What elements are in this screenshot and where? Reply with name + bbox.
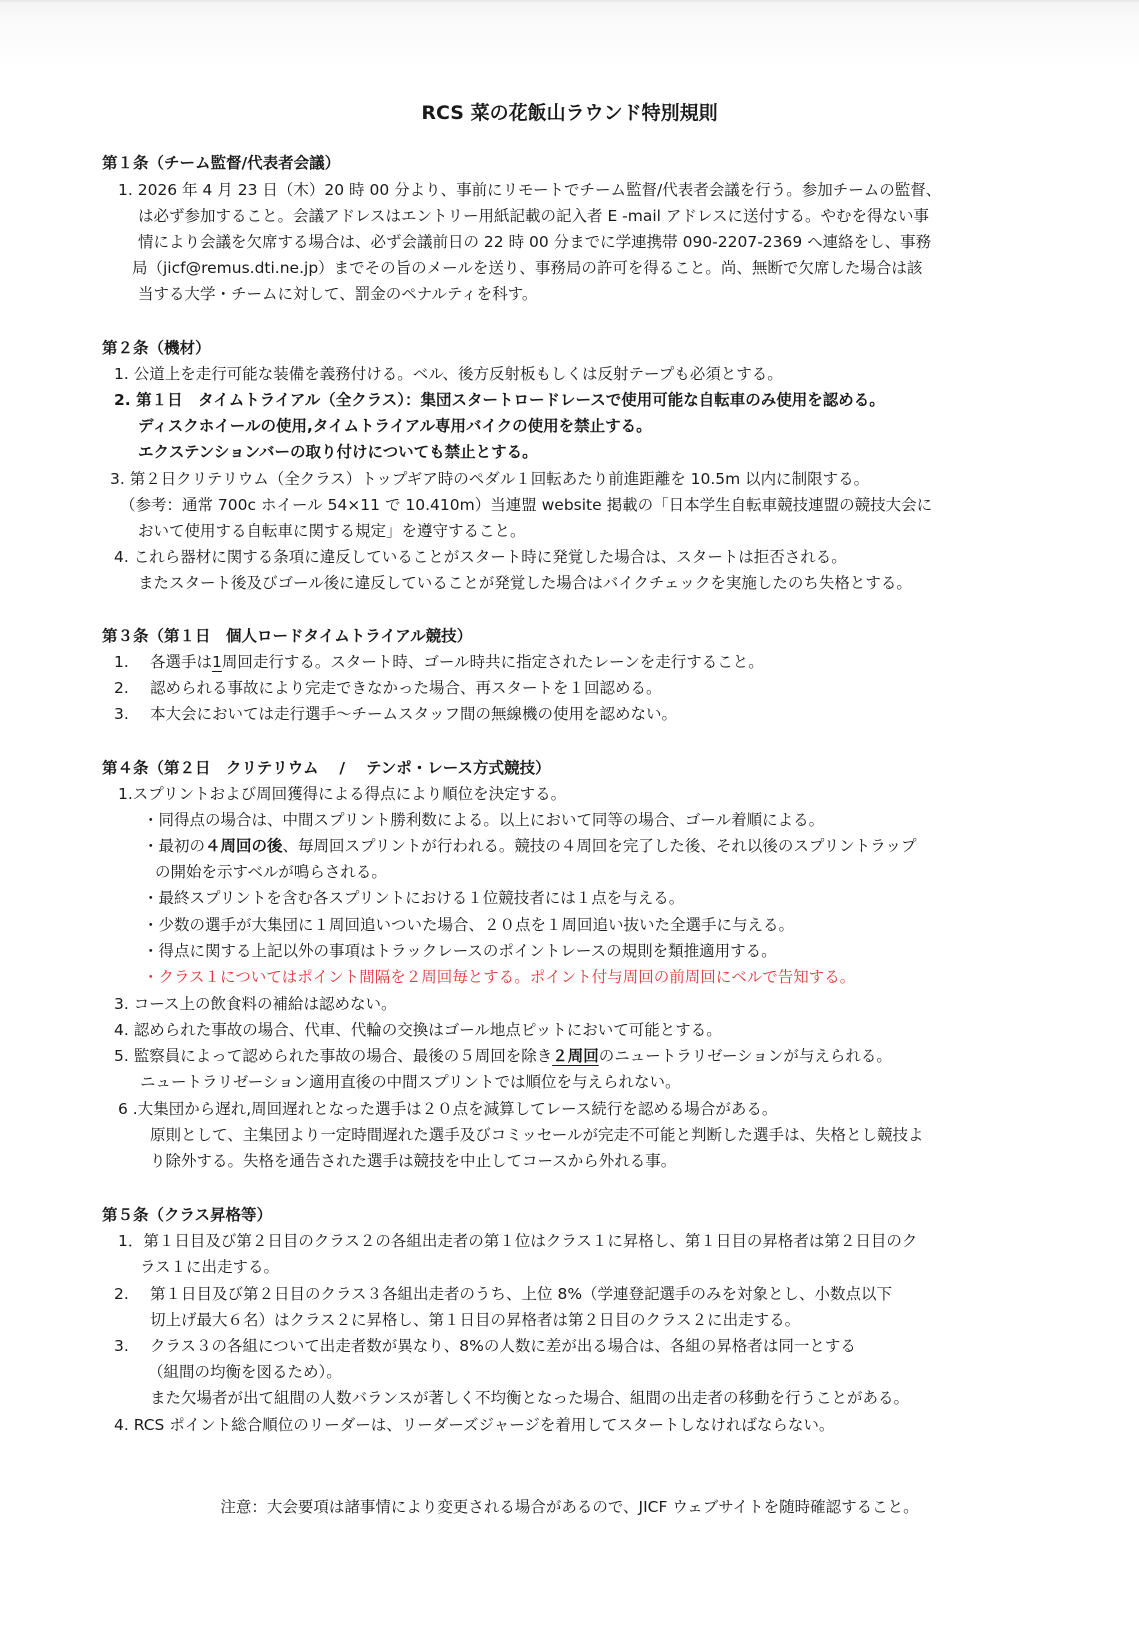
article-1-line: は必ず参加すること。会議アドレスはエントリー用紙記載の記入者 E -mail ア… bbox=[138, 206, 929, 226]
article-1-heading: 第１条（チーム監督/代表者会議） bbox=[102, 153, 340, 173]
article-4-bullet: ・得点に関する上記以外の事項はトラックレースのポイントレースの規則を類推適用する… bbox=[143, 941, 777, 961]
article-2-line: またスタート後及びゴール後に違反していることが発覚した場合はバイクチェックを実施… bbox=[138, 573, 912, 593]
article-2-line: （参考：通常 700c ホイール 54×11 で 10.410m）当連盟 web… bbox=[120, 495, 932, 515]
article-4-heading: 第４条（第２日 クリテリウム / テンポ・レース方式競技） bbox=[102, 758, 550, 778]
article-2-line: 2. 第１日 タイムトライアル（全クラス）：集団スタートロードレースで使用可能な… bbox=[114, 390, 885, 410]
article-5-line: 1．第１日目及び第２日目のクラス２の各組出走者の第１位はクラス１に昇格し、第１日… bbox=[118, 1231, 917, 1251]
article-2-line: おいて使用する自転車に関する規定」を遵守すること。 bbox=[138, 521, 526, 541]
article-4-line: 6 .大集団から遅れ,周回遅れとなった選手は２０点を減算してレース続行を認める場… bbox=[118, 1099, 777, 1119]
article-3-item-3: 本大会においては走行選手～チームスタッフ間の無線機の使用を認めない。 bbox=[150, 704, 677, 724]
article-5-heading: 第５条（クラス昇格等） bbox=[102, 1205, 272, 1225]
article-5-line: また欠場者が出て組間の人数バランスが著しく不均衡となった場合、組間の出走者の移動… bbox=[150, 1388, 909, 1408]
article-1-line: 情により会議を欠席する場合は、必ず会議前日の 22 時 00 分までに学連携帯 … bbox=[138, 232, 931, 252]
article-2-line: エクステンションバーの取り付けについても禁止とする。 bbox=[138, 442, 538, 462]
article-5-line: クラス３の各組について出走者数が異なり、8%の人数に差が出る場合は、各組の昇格者… bbox=[150, 1336, 856, 1356]
article-3-item-2: 認められる事故により完走できなかった場合、再スタートを１回認める。 bbox=[150, 678, 662, 698]
article-4-line: 1.スプリントおよび周回獲得による得点により順位を決定する。 bbox=[118, 784, 566, 804]
text-span: のニュートラリゼーションが与えられる。 bbox=[599, 1047, 892, 1065]
text-span: ・最初の bbox=[143, 837, 205, 855]
article-5-line: 切上げ最大６名）はクラス２に昇格し、第１日目の昇格者は第２日目のクラス２に出走す… bbox=[150, 1310, 800, 1330]
article-1-line: 局（jicf@remus.dti.ne.jp）までその旨のメールを送り、事務局の… bbox=[132, 258, 922, 278]
article-5-item-number: 2. bbox=[114, 1284, 129, 1304]
top-shadow bbox=[0, 0, 1139, 70]
article-4-line: 5. 監察員によって認められた事故の場合、最後の５周回を除き２周回のニュートラリ… bbox=[114, 1046, 892, 1066]
article-4-line: 原則として、主集団より一定時間遅れた選手及びコミッセールが完走不可能と判断した選… bbox=[150, 1125, 923, 1145]
article-5-line: （組間の均衡を図るため）。 bbox=[148, 1362, 342, 1382]
article-4-line: ニュートラリゼーション適用直後の中間スプリントでは順位を与えられない。 bbox=[140, 1072, 681, 1092]
article-5-line: 4. RCS ポイント総合順位のリーダーは、リーダーズジャージを着用してスタート… bbox=[114, 1415, 834, 1435]
article-4-line: り除外する。失格を通告された選手は競技を中止してコースから外れる事。 bbox=[150, 1151, 676, 1171]
document-title: RCS 菜の花飯山ラウンド特別規則 bbox=[0, 98, 1139, 125]
article-3-item-1: 各選手は1周回走行する。スタート時、ゴール時共に指定されたレーンを走行すること。 bbox=[150, 652, 764, 672]
text-span: 、毎周回スプリントが行われる。競技の４周回を完了した後、それ以後のスプリントラッ… bbox=[283, 837, 917, 855]
article-3-item-number: 3. bbox=[114, 704, 129, 724]
article-2-line: ディスクホイールの使用,タイムトライアル専用バイクの使用を禁止する。 bbox=[138, 416, 652, 436]
article-4-bullet: ・同得点の場合は、中間スプリント勝利数による。以上において同等の場合、ゴール着順… bbox=[143, 810, 824, 830]
text-span: 5. 監察員によって認められた事故の場合、最後の５周回を除き bbox=[114, 1047, 552, 1065]
article-4-bullet: ・最終スプリントを含む各スプリントにおける１位競技者には１点を与える。 bbox=[143, 888, 684, 908]
bold-underlined-span: ２周回 bbox=[552, 1047, 599, 1065]
article-4-red-bullet: ・クラス１についてはポイント間隔を２周回毎とする。ポイント付与周回の前周回にベル… bbox=[143, 967, 855, 987]
article-4-bullet: ・最初の４周回の後、毎周回スプリントが行われる。競技の４周回を完了した後、それ以… bbox=[143, 836, 916, 856]
article-4-line: の開始を示すベルが鳴らされる。 bbox=[155, 862, 387, 882]
article-4-line: 4. 認められた事故の場合、代車、代輪の交換はゴール地点ピットにおいて可能とする… bbox=[114, 1020, 722, 1040]
article-2-line: 1. 公道上を走行可能な装備を義務付ける。ベル、後方反射板もしくは反射テープも必… bbox=[114, 364, 783, 384]
text-span: 各選手は bbox=[150, 653, 212, 671]
underlined-lap-count: 1 bbox=[212, 653, 222, 671]
article-2-line: 4. これら器材に関する条項に違反していることがスタート時に発覚した場合は、スタ… bbox=[114, 547, 847, 567]
article-5-line: ラス１に出走する。 bbox=[140, 1257, 279, 1277]
article-4-line: 3. コース上の飲食料の補給は認めない。 bbox=[114, 994, 396, 1014]
article-3-item-number: 2. bbox=[114, 678, 129, 698]
article-2-line: 3. 第２日クリテリウム（全クラス）トップギア時のペダル１回転あたり前進距離を … bbox=[110, 469, 869, 489]
article-3-item-number: 1. bbox=[114, 652, 129, 672]
footer-note: 注意：大会要項は諸事情により変更される場合があるので、JICF ウェブサイトを随… bbox=[0, 1495, 1139, 1517]
article-1-line: 1. 2026 年 4 月 23 日（木）20 時 00 分より、事前にリモート… bbox=[118, 180, 941, 200]
article-5-item-number: 3. bbox=[114, 1336, 129, 1356]
article-3-heading: 第３条（第１日 個人ロードタイムトライアル競技） bbox=[102, 626, 472, 646]
article-1-line: 当する大学・チームに対して、罰金のペナルティを科す。 bbox=[138, 284, 537, 304]
text-span: 周回走行する。スタート時、ゴール時共に指定されたレーンを走行すること。 bbox=[222, 653, 764, 671]
bold-span: ４周回の後 bbox=[205, 837, 283, 855]
article-2-heading: 第２条（機材） bbox=[102, 338, 211, 358]
article-4-bullet: ・少数の選手が大集団に１周回追いついた場合、２０点を１周回追い抜いた全選手に与え… bbox=[143, 915, 794, 935]
article-5-line: 第１日目及び第２日目のクラス３各組出走者のうち、上位 8%（学連登記選手のみを対… bbox=[150, 1284, 892, 1304]
